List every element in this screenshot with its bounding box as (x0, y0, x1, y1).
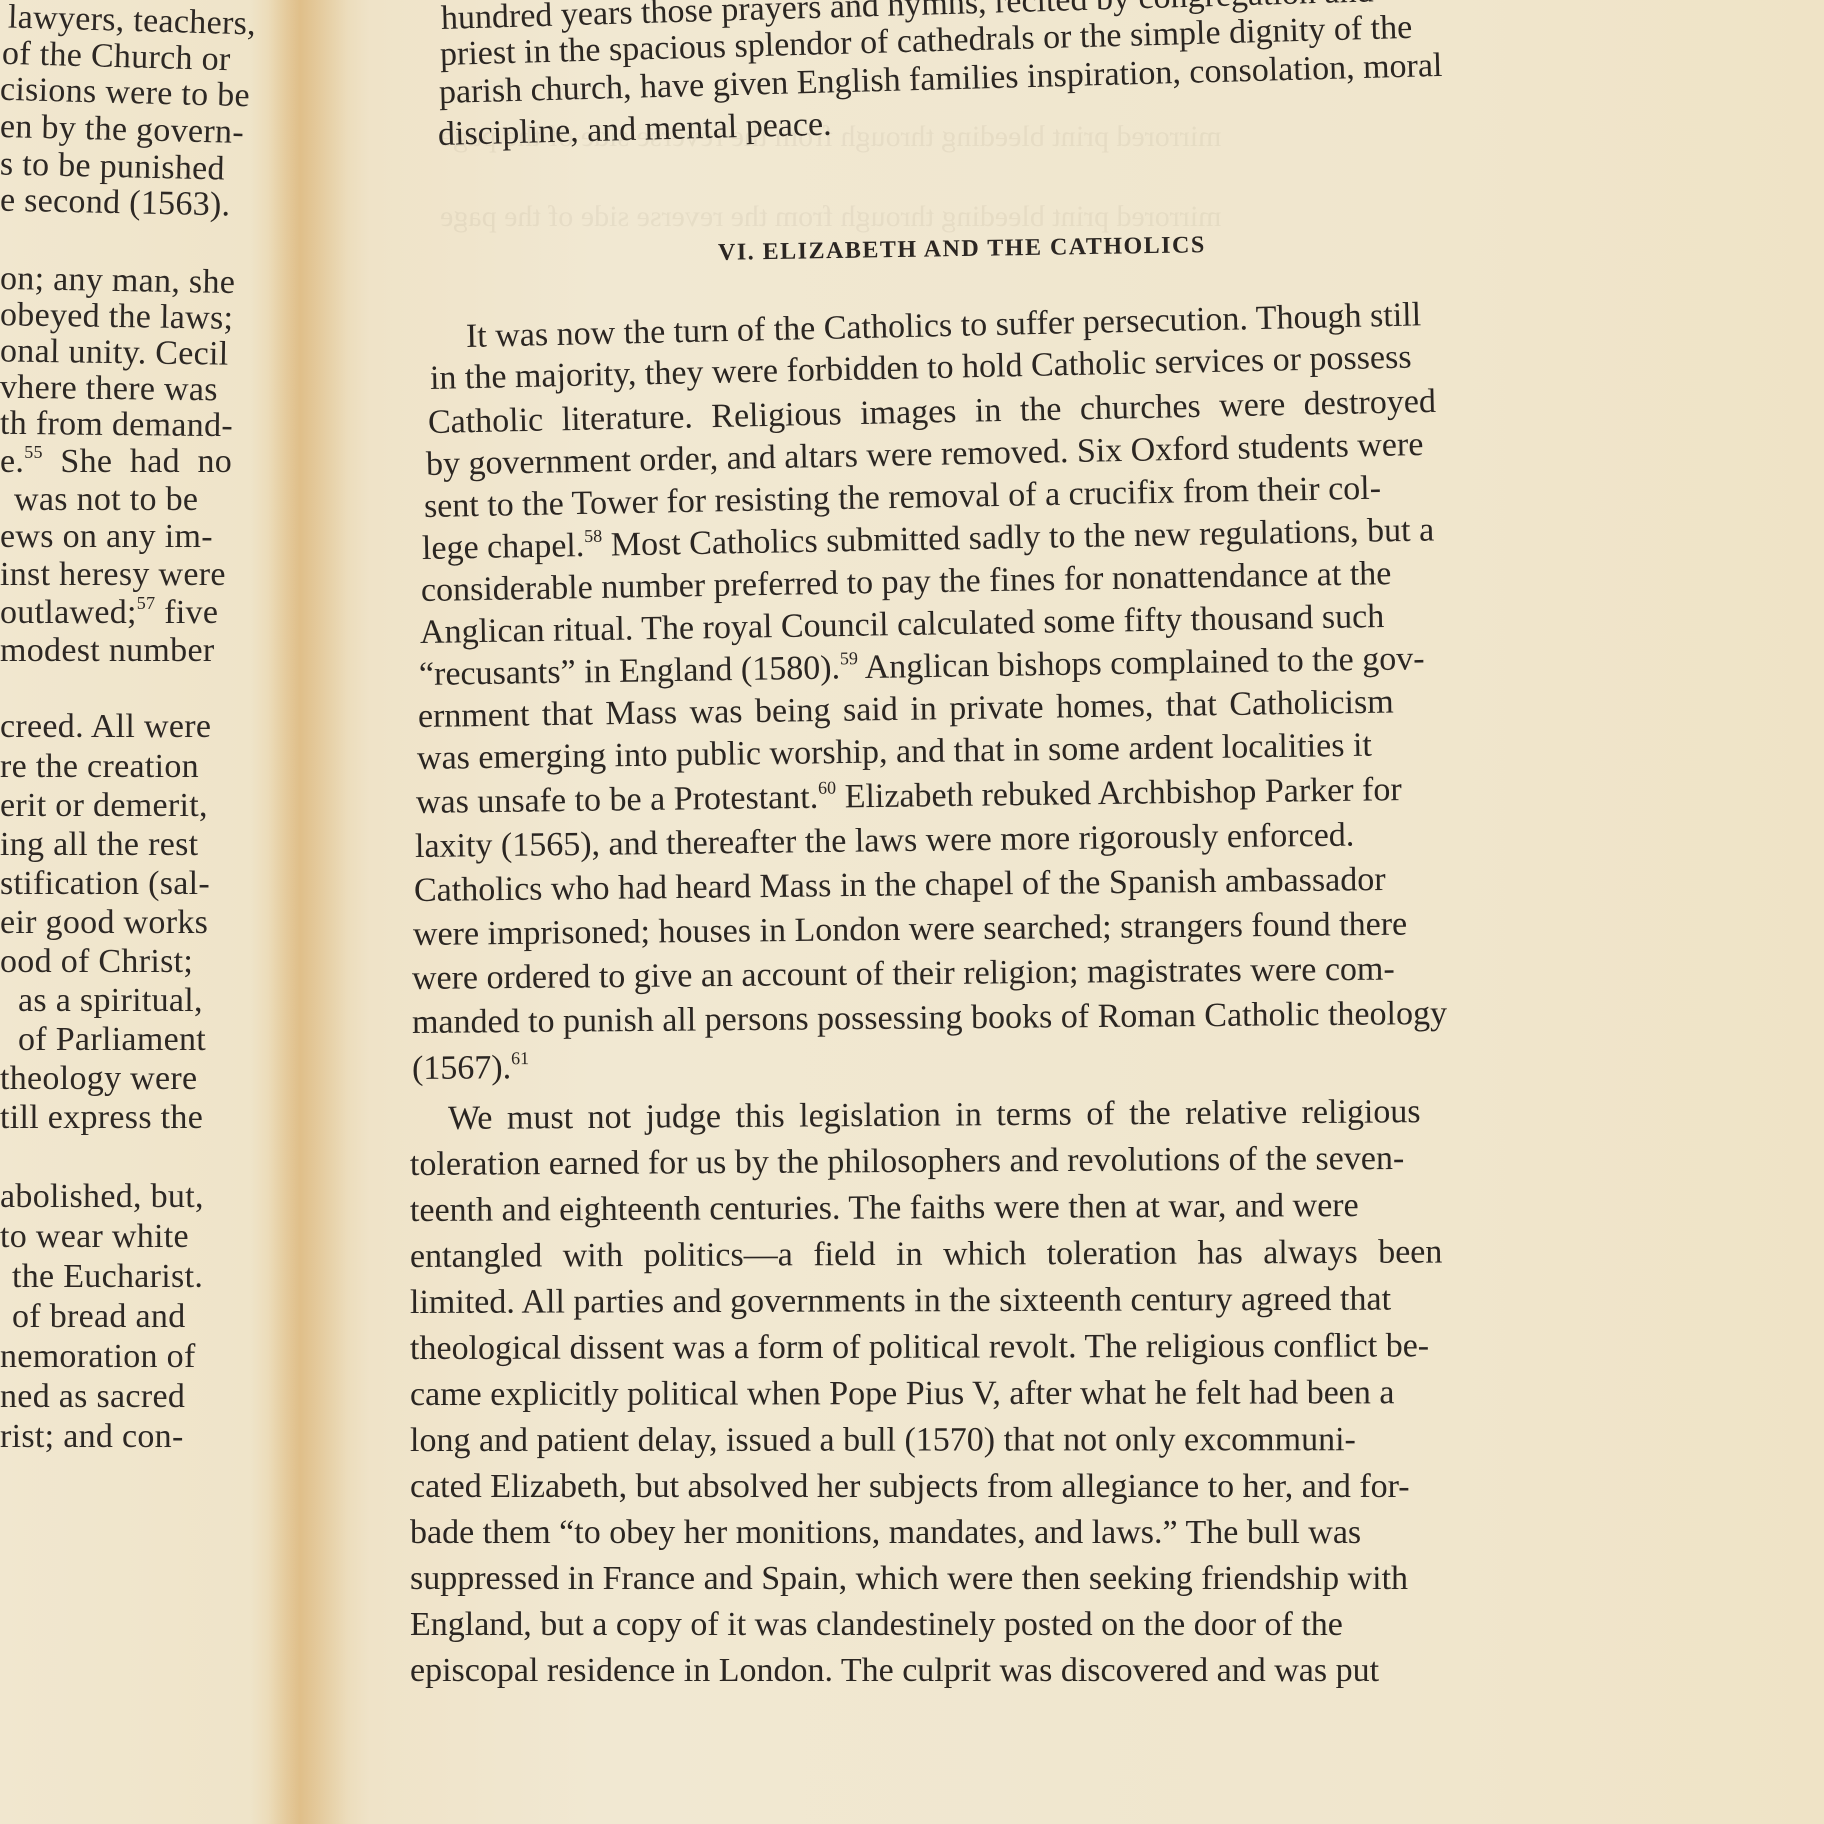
text-line: were imprisoned; houses in London were s… (413, 906, 1408, 954)
text-line: (1567).61 (412, 1049, 529, 1088)
footnote-ref-59: 59 (840, 648, 858, 668)
footnote-ref-60: 60 (818, 778, 836, 798)
text-line: We must not judge this legislation in te… (448, 1093, 1421, 1138)
text-line: came explicitly political when Pope Pius… (410, 1374, 1395, 1414)
text-line: England, but a copy of it was clandestin… (410, 1606, 1343, 1644)
text-line: theological dissent was a form of politi… (410, 1327, 1429, 1368)
footnote-ref-58: 58 (584, 526, 602, 546)
text-line: limited. All parties and governments in … (410, 1281, 1391, 1322)
text-line: bade them “to obey her monitions, mandat… (410, 1514, 1361, 1552)
text-line: laxity (1565), and thereafter the laws w… (415, 817, 1355, 866)
right-page: mirrored print bleeding through from the… (0, 0, 1824, 1824)
text-line: suppressed in France and Spain, which we… (410, 1560, 1408, 1598)
show-through-text: mirrored print bleeding through from the… (440, 200, 1221, 234)
text-line: toleration earned for us by the philosop… (410, 1140, 1404, 1184)
text-line: teenth and eighteenth centuries. The fai… (410, 1187, 1359, 1230)
text-line: Catholics who had heard Mass in the chap… (414, 861, 1386, 910)
text-line: entangled with politics—a field in which… (410, 1233, 1443, 1276)
text-line: manded to punish all persons possessing … (412, 995, 1447, 1042)
text-line: long and patient delay, issued a bull (1… (410, 1421, 1356, 1460)
section-heading: VI. ELIZABETH AND THE CATHOLICS (718, 232, 1206, 267)
text-line: were ordered to give an account of their… (412, 951, 1395, 998)
text-line: was emerging into public worship, and th… (417, 727, 1372, 778)
text-line: cated Elizabeth, but absolved her subjec… (410, 1468, 1410, 1506)
text-line: episcopal residence in London. The culpr… (410, 1652, 1379, 1690)
footnote-ref-61: 61 (511, 1048, 529, 1068)
text-line: was unsafe to be a Protestant.60 Elizabe… (416, 771, 1402, 822)
